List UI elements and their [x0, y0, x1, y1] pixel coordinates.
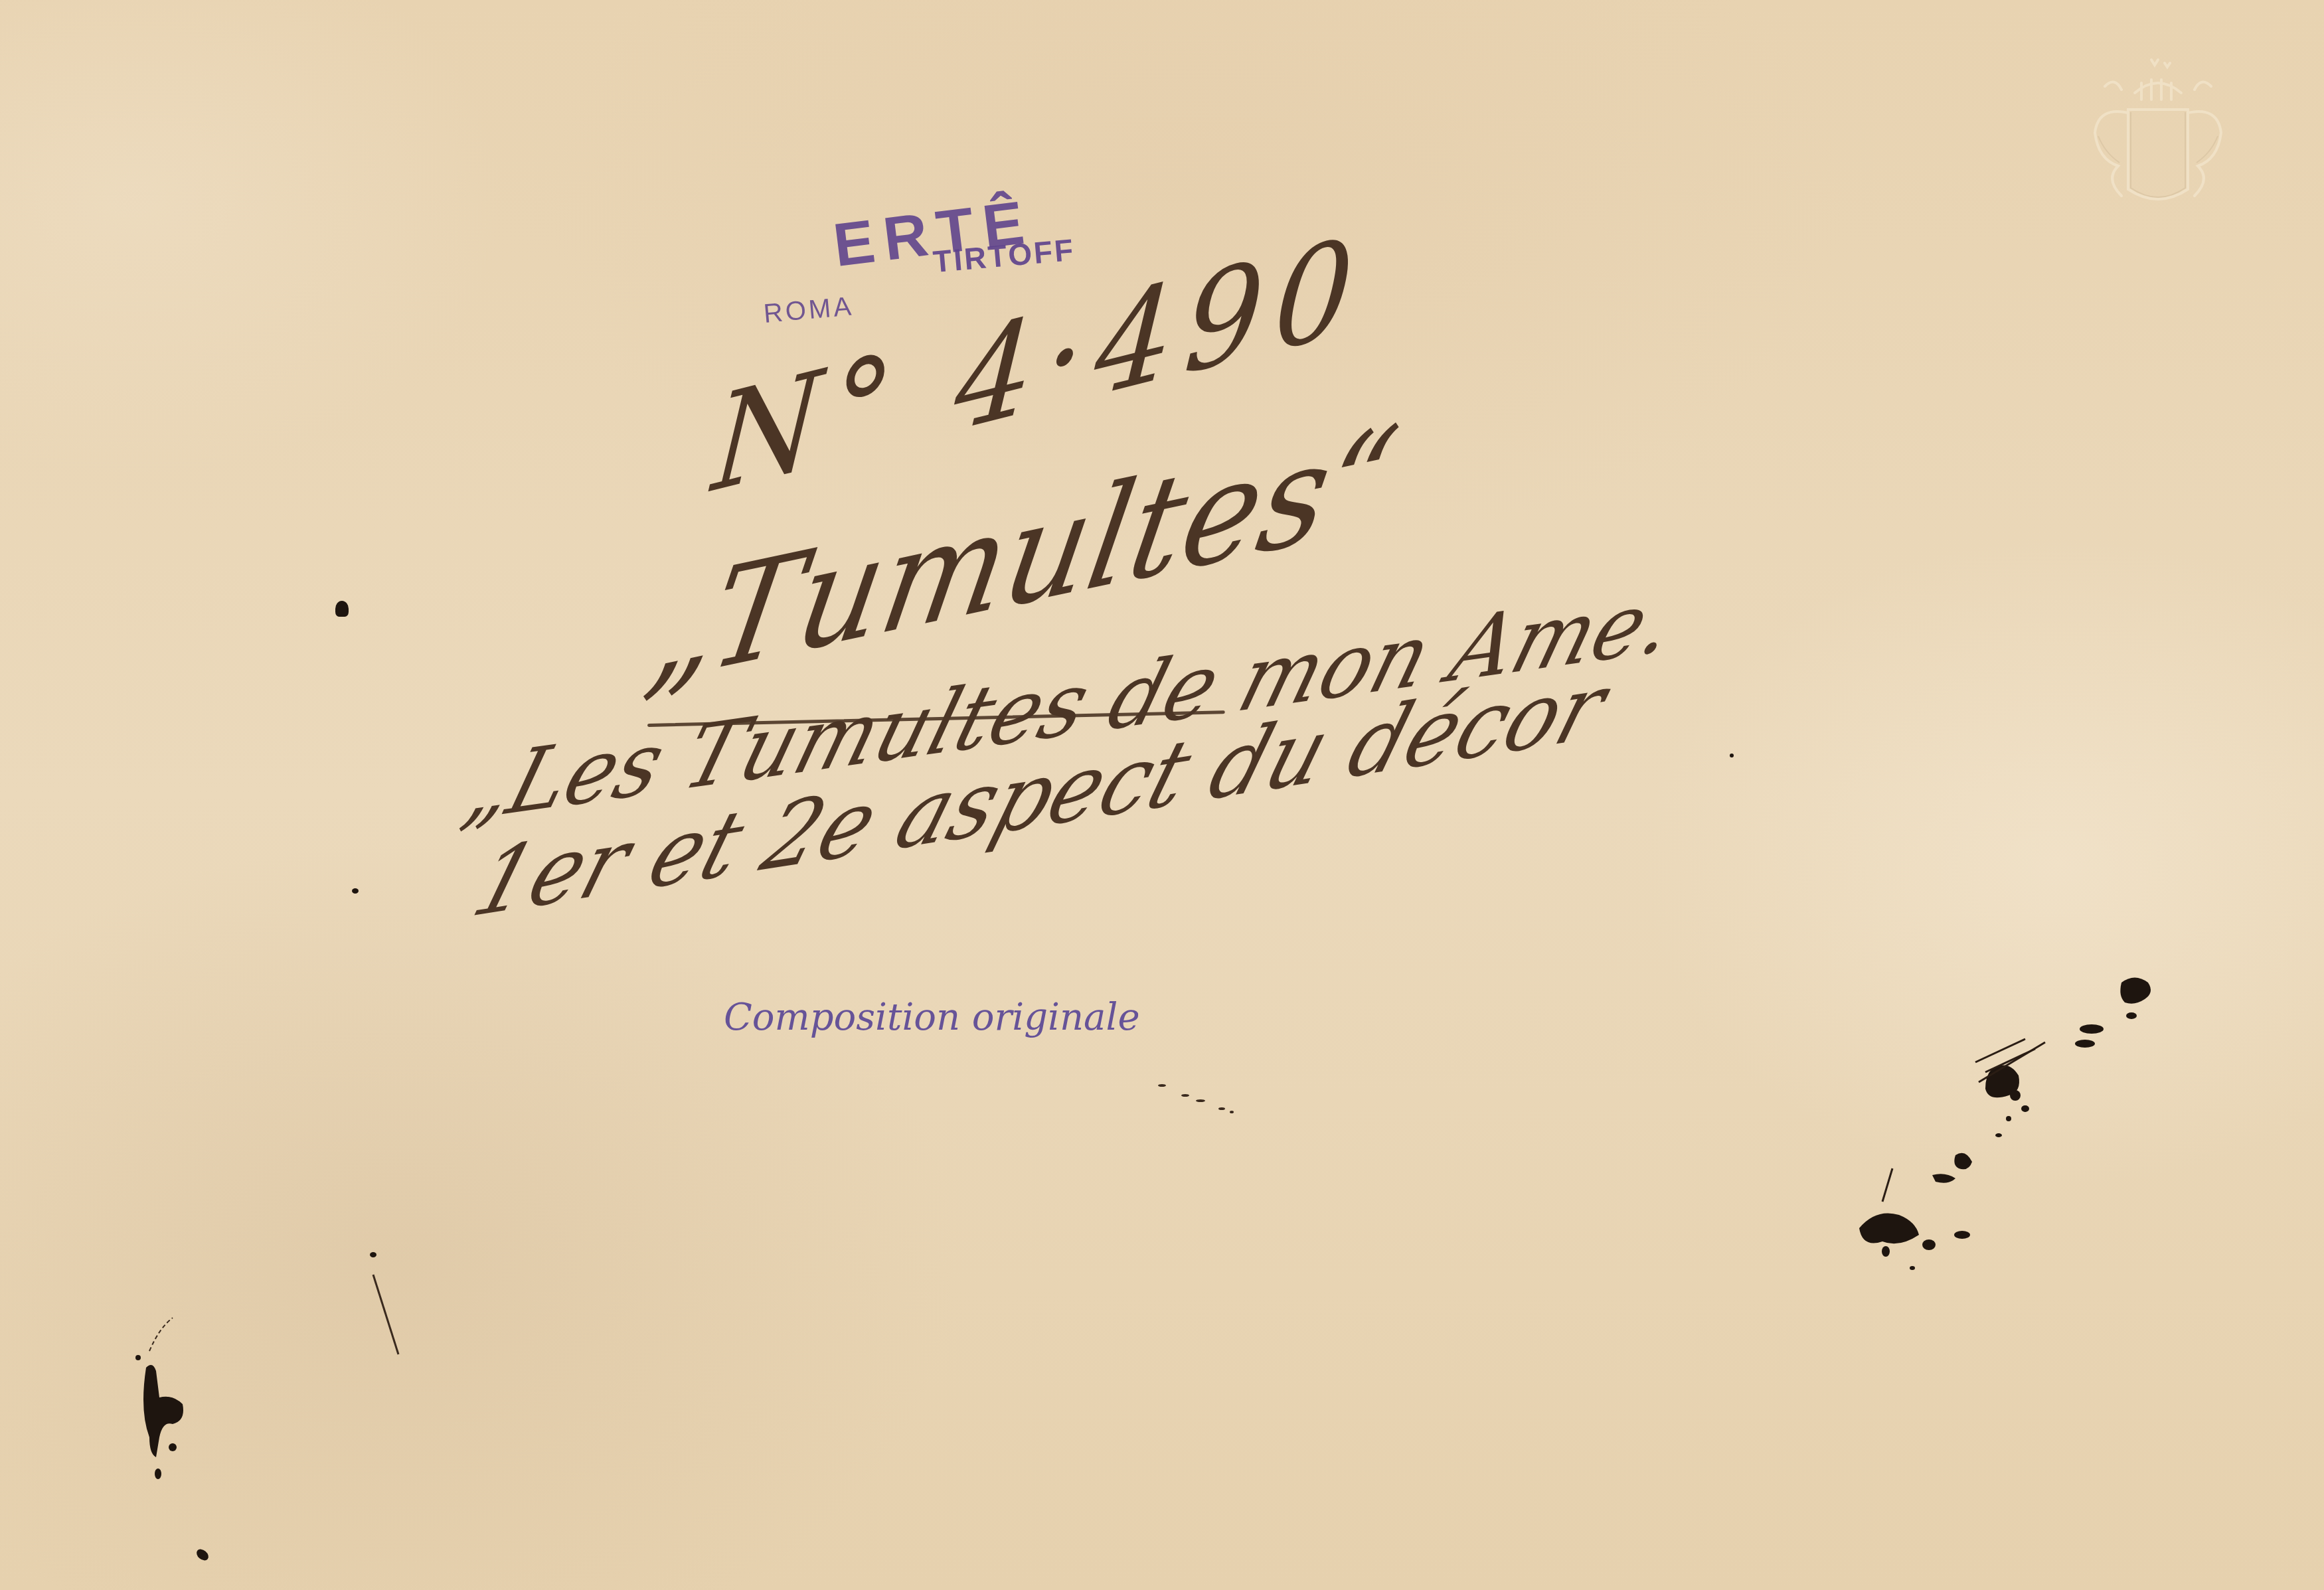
- ink-specks: [1129, 1082, 1262, 1135]
- ink-scratch: [365, 1248, 418, 1381]
- ink-splatter-right: [1819, 943, 2191, 1314]
- ink-dot: [1730, 754, 1734, 757]
- composition-originale-stamp: Composition originale: [724, 996, 1140, 1039]
- ink-splatter-left: [133, 1295, 266, 1514]
- embossed-crest-icon: [2058, 46, 2258, 219]
- ink-dot: [352, 888, 359, 894]
- ink-dot: [335, 601, 349, 617]
